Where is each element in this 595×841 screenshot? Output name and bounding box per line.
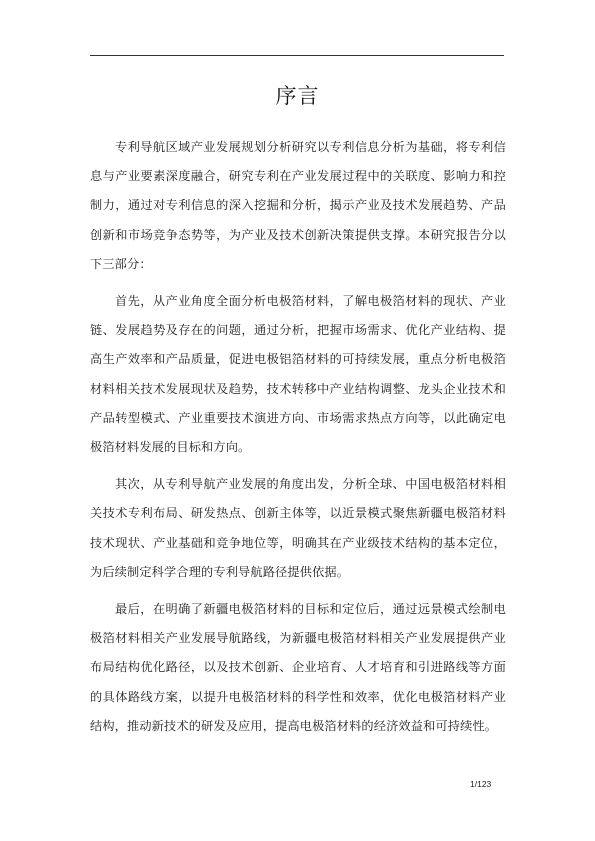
header-divider	[90, 55, 504, 56]
body-text: 专利导航区域产业发展规划分析研究以专利信息分析为基础，将专利信息与产业要素深度融…	[90, 133, 506, 749]
paragraph-first: 首先，从产业角度全面分析电极箔材料，了解电极箔材料的现状、产业链、发展趋势及存在…	[90, 287, 506, 462]
paragraph-intro: 专利导航区域产业发展规划分析研究以专利信息分析为基础，将专利信息与产业要素深度融…	[90, 133, 506, 279]
paragraph-second: 其次，从专利导航产业发展的角度出发，分析全球、中国电极箔材料相关技术专利布局、研…	[90, 470, 506, 587]
page-title: 序言	[0, 80, 595, 110]
paragraph-last: 最后，在明确了新疆电极箔材料的目标和定位后，通过远景模式绘制电极箔材料相关产业发…	[90, 595, 506, 741]
document-page: 序言 专利导航区域产业发展规划分析研究以专利信息分析为基础，将专利信息与产业要素…	[0, 0, 595, 841]
page-number: 1/123	[470, 779, 491, 789]
